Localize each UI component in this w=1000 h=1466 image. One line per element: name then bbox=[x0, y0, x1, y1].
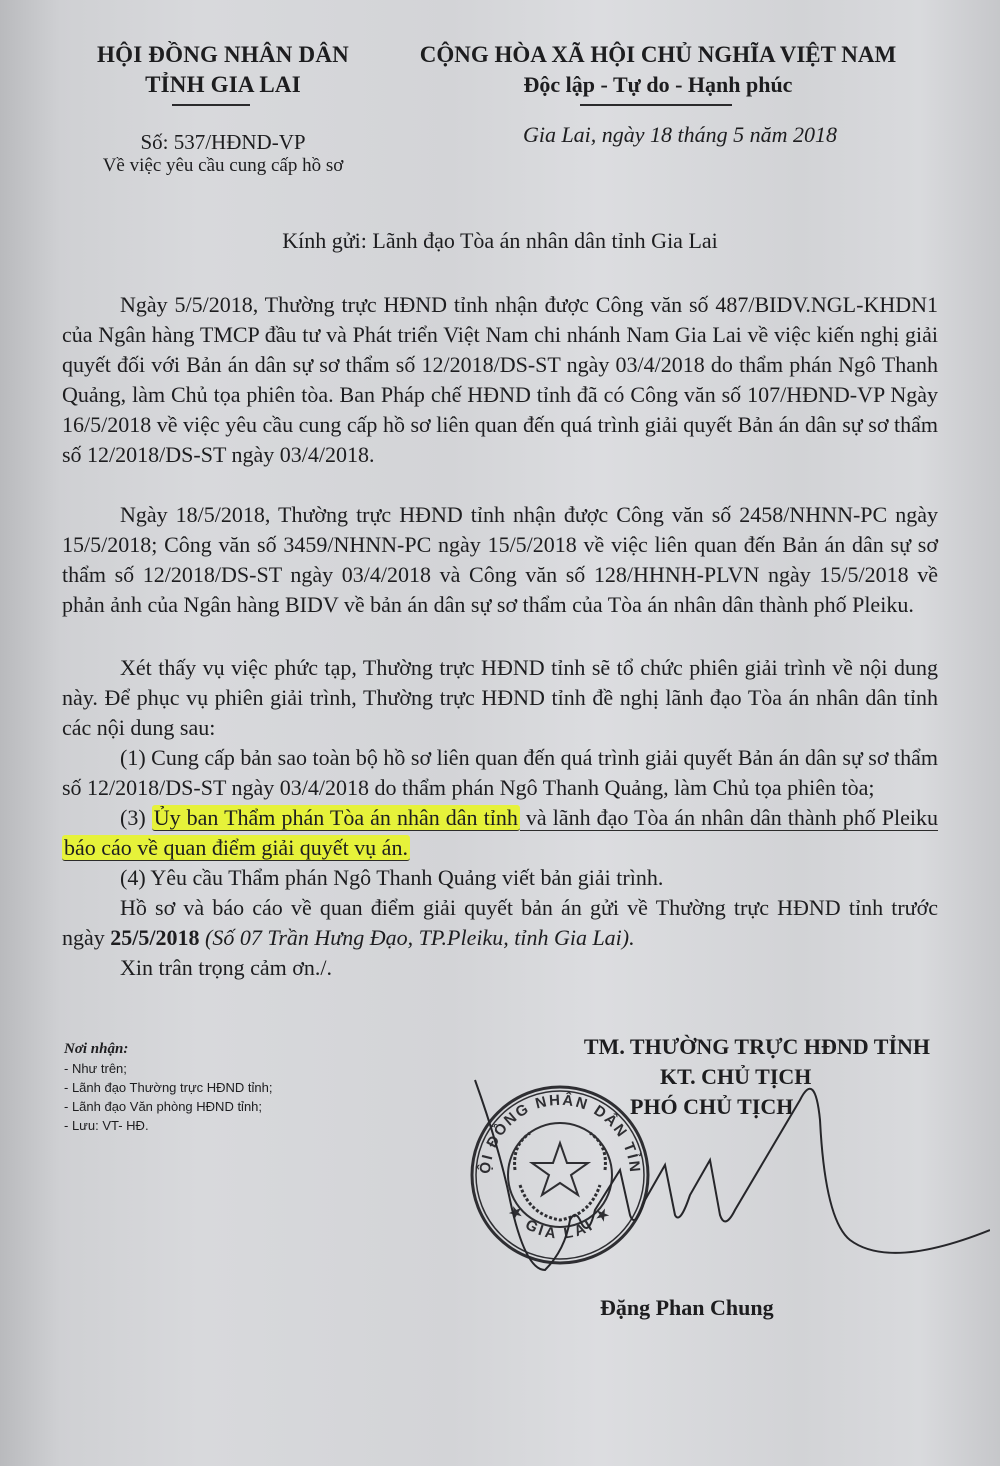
underlined-text: và lãnh đạo Tòa án nhân dân thành phố Pl… bbox=[520, 805, 938, 831]
paragraph-text: Ngày 18/5/2018, Thường trực HĐND tỉnh nh… bbox=[62, 500, 938, 620]
body-paragraph-1: Ngày 5/5/2018, Thường trực HĐND tỉnh nhậ… bbox=[62, 290, 938, 470]
distribution-item: - Lưu: VT- HĐ. bbox=[64, 1116, 273, 1135]
paragraph-text: Ngày 5/5/2018, Thường trực HĐND tỉnh nhậ… bbox=[62, 290, 938, 470]
distribution-item: - Như trên; bbox=[64, 1059, 273, 1078]
signer-name: Đặng Phan Chung bbox=[600, 1295, 774, 1321]
issuer-line-2: TỈNH GIA LAI bbox=[78, 70, 368, 100]
document-reference: Số: 537/HĐND-VP Về việc yêu cầu cung cấp… bbox=[78, 130, 368, 178]
request-item-4: (4) Yêu cầu Thẩm phán Ngô Thanh Quảng vi… bbox=[62, 863, 938, 893]
national-heading: CỘNG HÒA XÃ HỘI CHỦ NGHĨA VIỆT NAM Độc l… bbox=[378, 40, 938, 100]
signature-authority: TM. THƯỜNG TRỰC HĐND TỈNH bbox=[470, 1032, 990, 1062]
deadline-date: 25/5/2018 bbox=[110, 925, 199, 950]
body-paragraph-3: Xét thấy vụ việc phức tạp, Thường trực H… bbox=[62, 653, 938, 983]
item-number: (3) bbox=[120, 805, 152, 830]
highlighted-text: Ủy ban Thẩm phán Tòa án nhân dân tỉnh bbox=[152, 805, 520, 831]
paragraph-text: Xét thấy vụ việc phức tạp, Thường trực H… bbox=[62, 653, 938, 743]
deadline-paragraph: Hồ sơ và báo cáo về quan điểm giải quyết… bbox=[62, 893, 938, 953]
handwritten-signature-icon bbox=[470, 1070, 990, 1290]
deadline-address: (Số 07 Trần Hưng Đạo, TP.Pleiku, tỉnh Gi… bbox=[200, 925, 635, 950]
reference-number: Số: 537/HĐND-VP bbox=[78, 130, 368, 154]
distribution-item: - Lãnh đạo Văn phòng HĐND tỉnh; bbox=[64, 1097, 273, 1116]
request-item-1: (1) Cung cấp bản sao toàn bộ hồ sơ liên … bbox=[62, 743, 938, 803]
issuing-authority: HỘI ĐỒNG NHÂN DÂN TỈNH GIA LAI bbox=[78, 40, 368, 100]
issuer-line-1: HỘI ĐỒNG NHÂN DÂN bbox=[78, 40, 368, 70]
nation-motto: Độc lập - Tự do - Hạnh phúc bbox=[378, 70, 938, 100]
motto-divider bbox=[580, 104, 732, 106]
nation-line-1: CỘNG HÒA XÃ HỘI CHỦ NGHĨA VIỆT NAM bbox=[378, 40, 938, 70]
document-subject: Về việc yêu cầu cung cấp hồ sơ bbox=[78, 154, 368, 178]
distribution-title: Nơi nhận: bbox=[64, 1040, 273, 1059]
closing-line: Xin trân trọng cảm ơn./. bbox=[62, 953, 938, 983]
issuer-divider bbox=[172, 104, 250, 106]
body-paragraph-2: Ngày 18/5/2018, Thường trực HĐND tỉnh nh… bbox=[62, 500, 938, 620]
place-date: Gia Lai, ngày 18 tháng 5 năm 2018 bbox=[460, 122, 900, 148]
salutation: Kính gửi: Lãnh đạo Tòa án nhân dân tỉnh … bbox=[0, 228, 1000, 254]
distribution-list: Nơi nhận: - Như trên; - Lãnh đạo Thường … bbox=[64, 1040, 273, 1135]
request-item-3: (3) Ủy ban Thẩm phán Tòa án nhân dân tỉn… bbox=[62, 803, 938, 863]
distribution-item: - Lãnh đạo Thường trực HĐND tỉnh; bbox=[64, 1078, 273, 1097]
highlighted-text: báo cáo về quan điểm giải quyết vụ án. bbox=[62, 835, 410, 861]
